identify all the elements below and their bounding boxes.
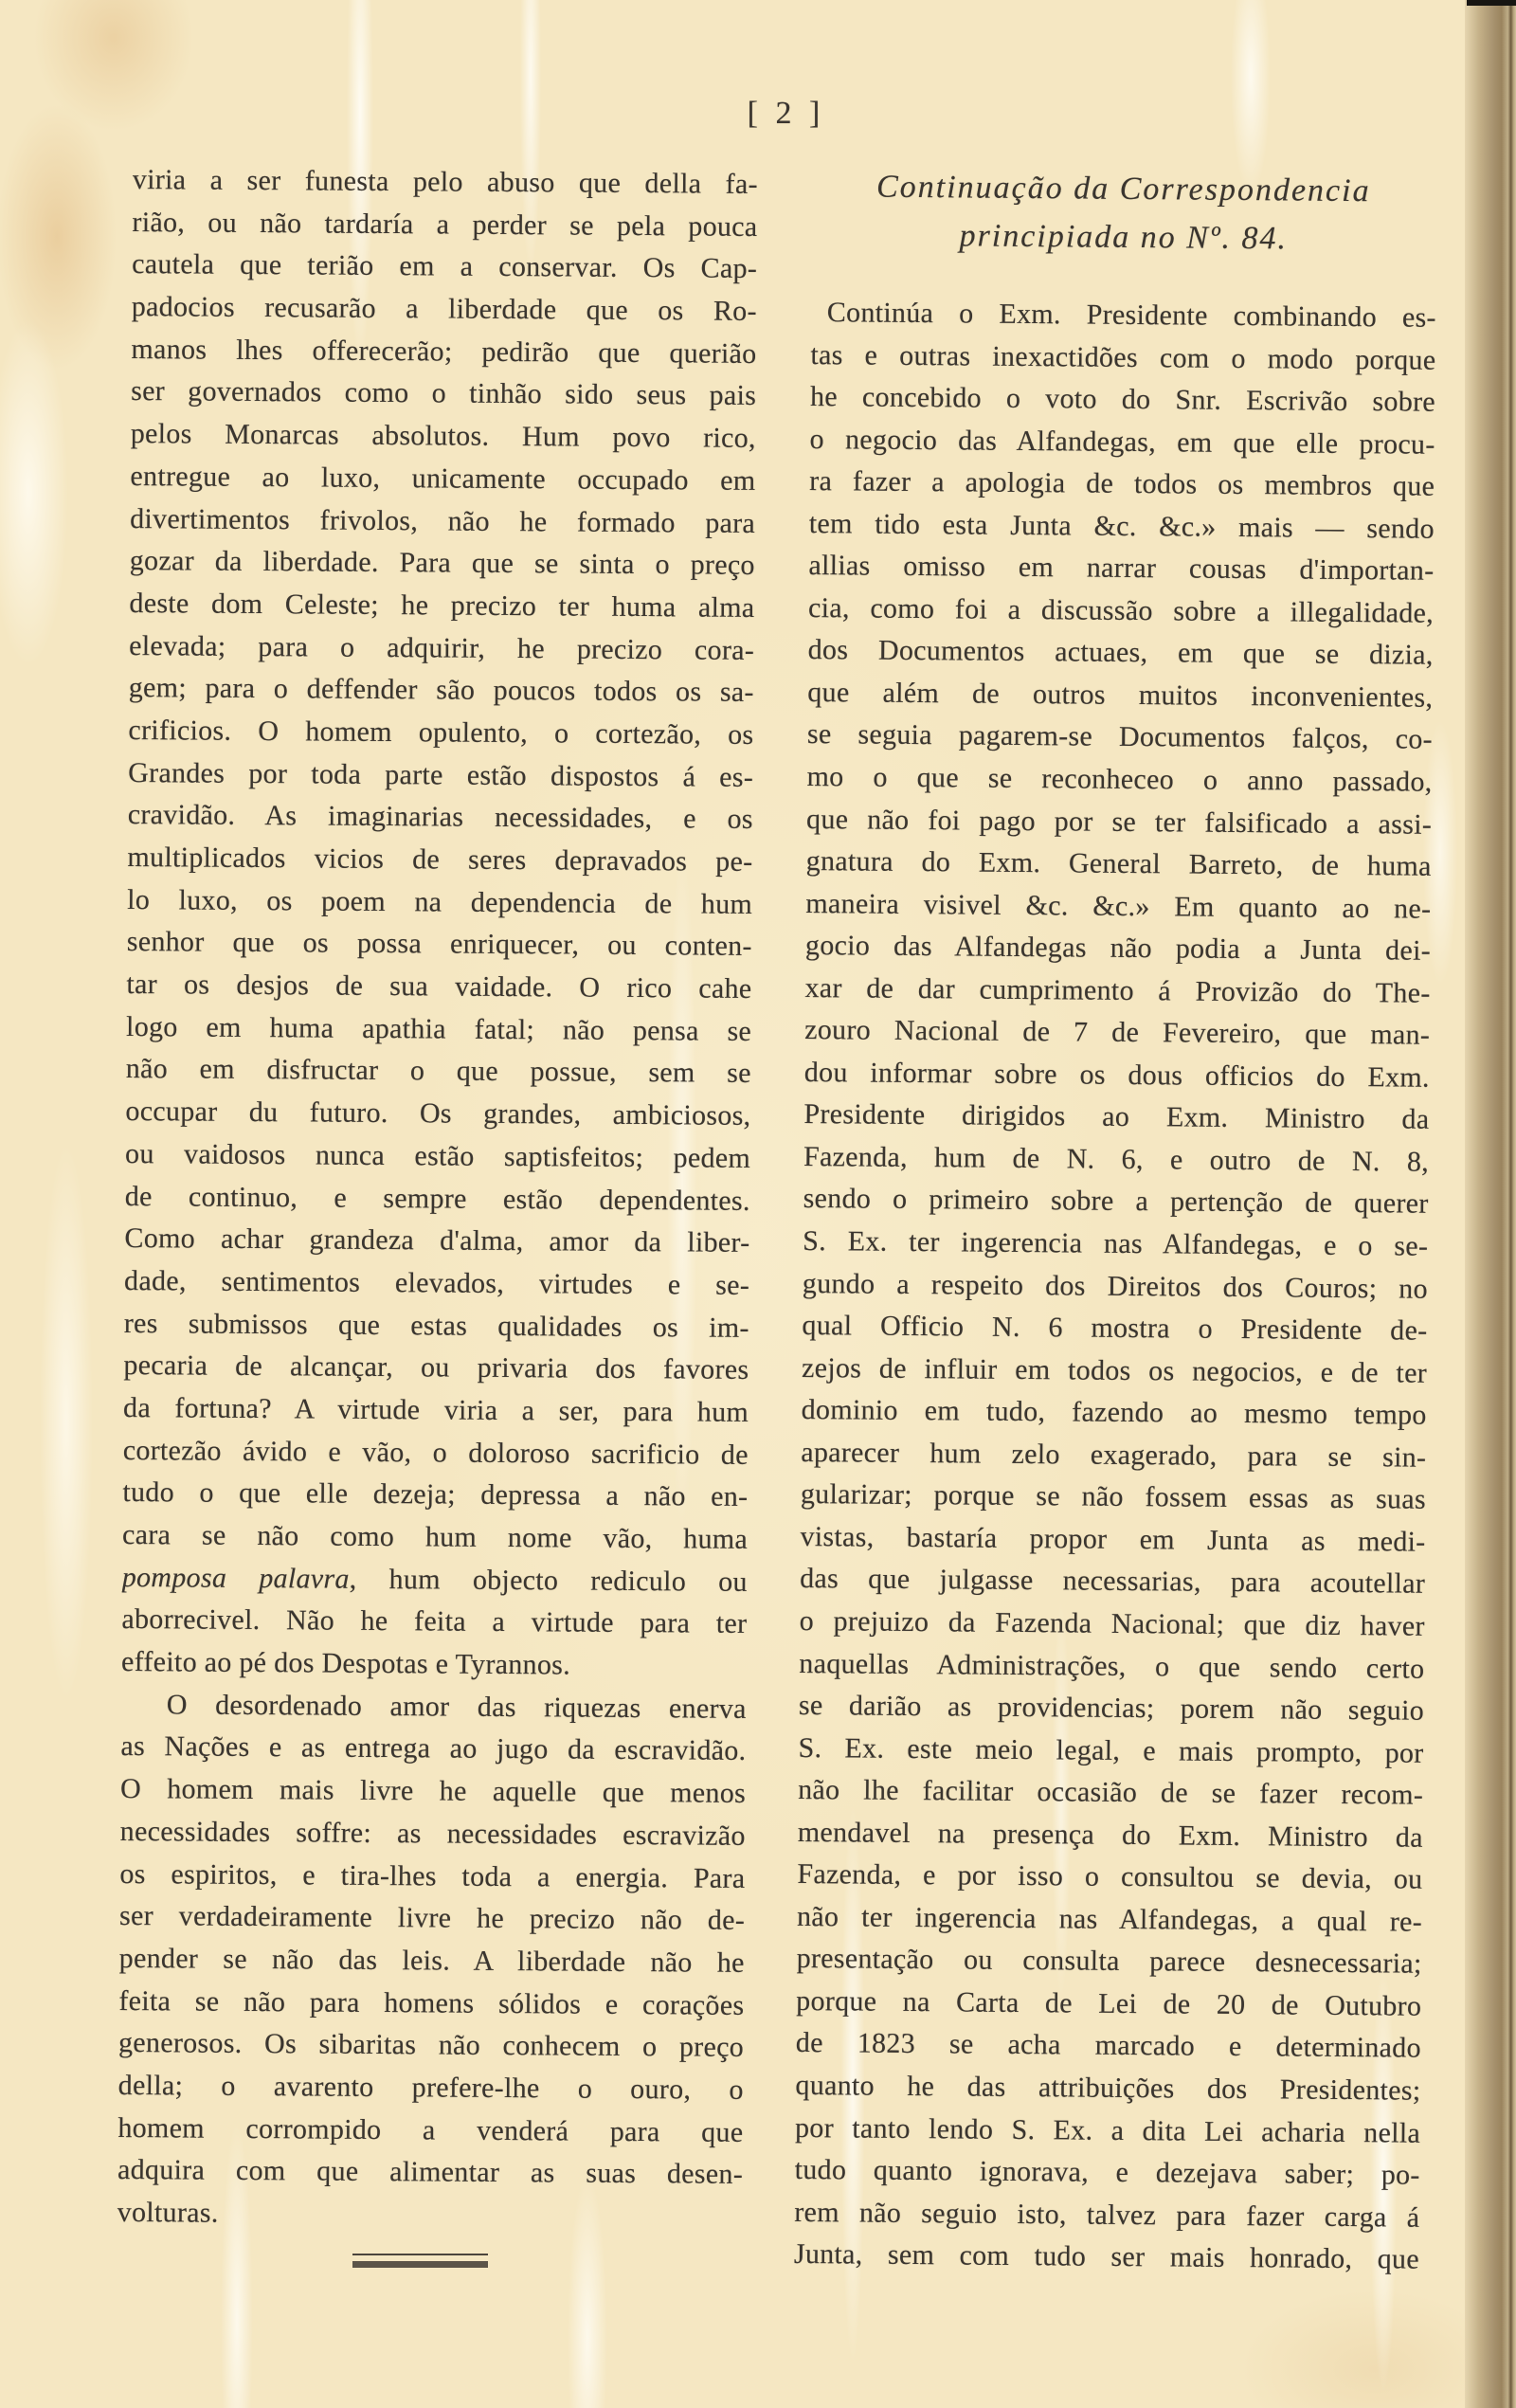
text-line: os espiritos, e tira-lhes toda a energia…: [119, 1853, 745, 1900]
text-line: dou informar sobre os dous officios do E…: [804, 1051, 1430, 1098]
text-line: ou vaidosos nunca estão saptisfeitos; pe…: [125, 1132, 750, 1180]
text-line: dominio em tudo, fazendo ao mesmo tempo: [802, 1389, 1427, 1437]
text-line: dos Documentos actuaes, em que se dizia,: [808, 629, 1434, 677]
text-line: generosos. Os sibaritas não conhecem o p…: [118, 2022, 744, 2070]
text-line: tem tido esta Junta &c. &c.» mais — send…: [809, 502, 1435, 550]
text-line: occupar du futuro. Os grandes, ambicioso…: [125, 1091, 750, 1138]
text-line: ser verdadeiramente livre he precizo não…: [119, 1895, 745, 1943]
text-line: porque na Carta de Lei de 20 de Outubro: [796, 1980, 1421, 2027]
text-line: Junta, sem com tudo ser mais honrado, qu…: [794, 2234, 1419, 2281]
text-line: ser governados como o tinhão sido seus p…: [131, 371, 756, 418]
text-line: gozar da liberdade. Para que se sinta o …: [130, 540, 755, 588]
text-line: tar os desjos de sua vaidade. O rico cah…: [126, 964, 751, 1011]
text-line: Fazenda, e por isso o consultou se devia…: [797, 1854, 1422, 1901]
text-line: vistas, bastaría propor em Junta as medi…: [800, 1515, 1425, 1563]
text-line: multiplicados vicios de seres depravados…: [127, 837, 752, 884]
text-line: viria a ser funesta pelo abuso que della…: [133, 159, 758, 207]
text-line: ra fazer a apologia de todos os membros …: [809, 461, 1435, 508]
text-line: homem corrompido a venderá para que: [117, 2107, 743, 2154]
text-line: não lhe facilitar occasião de se fazer r…: [798, 1769, 1423, 1817]
text-line: aparecer hum zelo exagerado, para se sin…: [801, 1431, 1426, 1478]
text-line: gnatura do Exm. General Barreto, de huma: [806, 841, 1432, 888]
paragraph-end-line: volturas.: [117, 2192, 743, 2239]
text-line: cortezão ávido e vão, o doloroso sacrifi…: [123, 1429, 749, 1476]
text-line: de continuo, e sempre estão dependentes.: [125, 1175, 750, 1222]
text-line: he concebido o voto do Snr. Escrivão sob…: [810, 376, 1435, 424]
rule-thin-line: [352, 2254, 488, 2255]
text-line: as Nações e as entrega ao jugo da escrav…: [120, 1726, 746, 1773]
text-line: Presidente dirigidos ao Exm. Ministro da: [803, 1094, 1429, 1141]
text-line: gundo a respeito dos Direitos dos Couros…: [803, 1262, 1428, 1310]
text-line: cravidão. As imaginarias necessidades, e…: [128, 794, 753, 842]
text-line: tudo quanto ignorava, e dezejava saber; …: [795, 2149, 1420, 2197]
paragraph-start-line: O desordenado amor das riquezas enerva: [121, 1683, 747, 1730]
text-line: gem; para o deffender são poucos todos o…: [129, 667, 754, 715]
text-line-rest: , hum objecto rediculo ou: [350, 1563, 748, 1597]
text-line: se darião as providencias; porem não seg…: [799, 1685, 1424, 1732]
text-line: mo o que se reconheceo o anno passado,: [806, 756, 1432, 804]
text-line: mendavel na presença do Exm. Ministro da: [798, 1811, 1423, 1858]
text-line: pecaria de alcançar, ou privaria dos fav…: [123, 1345, 749, 1392]
text-line: Como achar grandeza d'alma, amor da libe…: [124, 1218, 749, 1265]
paragraph-end-line: effeito ao pé dos Despotas e Tyrannos.: [121, 1641, 747, 1689]
text-line: padocios recusarão a liberdade que os Ro…: [132, 286, 757, 334]
text-line: tas e outras inexactidões com o modo por…: [810, 334, 1435, 381]
text-line: não ter ingerencia nas Alfandegas, a qua…: [797, 1895, 1422, 1943]
text-line: O homem mais livre he aquelle que menos: [120, 1768, 746, 1816]
text-line: cia, como foi a discussão sobre a illega…: [808, 587, 1434, 634]
text-line: aborrecivel. Não he feita a virtude para…: [121, 1599, 747, 1646]
text-line: divertimentos frivolos, não he formado p…: [130, 498, 755, 545]
text-line: qual Officio N. 6 mostra o Presidente de…: [802, 1305, 1427, 1352]
left-column: viria a ser funesta pelo abuso que della…: [117, 159, 758, 2239]
text-line: xar de dar cumprimento á Provizão do The…: [804, 967, 1430, 1014]
text-line: deste dom Celeste; he precizo ter huma a…: [129, 582, 754, 629]
right-column: Continúa o Exm. Presidente combinando es…: [794, 292, 1436, 2281]
text-line: crificios. O homem opulento, o cortezão,…: [128, 710, 753, 757]
text-line: rem não seguio isto, talvez para fazer c…: [794, 2191, 1419, 2238]
article-title: Continuação da Correspondencia: [811, 166, 1436, 213]
text-line: entregue ao luxo, unicamente occupado em: [130, 455, 755, 502]
rule-thick-line: [352, 2261, 488, 2268]
text-line: res submissos que estas qualidades os im…: [124, 1302, 749, 1349]
text-line: Fazenda, hum de N. 6, e outro de N. 8,: [803, 1135, 1429, 1183]
text-line: maneira visivel &c. &c.» Em quanto ao ne…: [805, 882, 1431, 930]
text-line: S. Ex. ter ingerencia nas Alfandegas, e …: [803, 1221, 1428, 1268]
text-line: presentação ou consulta parece desnecess…: [796, 1938, 1421, 1985]
text-line: zejos de influir em todos os negocios, e…: [802, 1347, 1427, 1394]
text-line: dade, sentimentos elevados, virtudes e s…: [124, 1259, 749, 1307]
page-edge-binding: [1465, 0, 1516, 2408]
text-line: della; o avarento prefere-lhe o ouro, o: [118, 2064, 744, 2111]
text-line: se seguia pagarem-se Documentos falços, …: [807, 714, 1433, 761]
text-line: pomposa palavra, hum objecto rediculo ou: [122, 1556, 748, 1603]
text-line: quanto he das attribuições dos President…: [795, 2064, 1420, 2111]
text-line: pelos Monarcas absolutos. Hum povo rico,: [131, 413, 756, 461]
italic-phrase: pomposa palavra: [122, 1561, 350, 1594]
text-line: lo luxo, os poem na dependencia de hum: [127, 878, 752, 926]
text-line: manos lhes offerecerão; pedirão que quer…: [131, 328, 756, 375]
text-line: adquira com que alimentar as suas desen-: [117, 2149, 743, 2197]
text-line: sendo o primeiro sobre a pertenção de qu…: [803, 1178, 1428, 1225]
text-line: de 1823 se acha marcado e determinado: [796, 2022, 1421, 2070]
text-line: S. Ex. este meio legal, e mais prompto, …: [798, 1727, 1423, 1774]
text-line: não em disfructar o que possue, sem se: [126, 1048, 751, 1095]
section-divider-rule: [352, 2254, 488, 2272]
text-line: que não foi pago por se ter falsificado …: [806, 798, 1432, 845]
text-line: senhor que os possa enriquecer, ou conte…: [127, 921, 752, 969]
text-line: gularizar; porque se não fossem essas as…: [801, 1474, 1426, 1521]
text-line: pender se não das leis. A liberdade não …: [119, 1937, 745, 1984]
text-line: feita se não para homens sólidos e coraç…: [118, 1980, 744, 2027]
text-line: cara se não como hum nome vão, huma: [122, 1514, 748, 1562]
text-line: rião, ou não tardaría a perder se pela p…: [132, 201, 757, 248]
page-number: [ 2 ]: [689, 93, 878, 135]
text-line: tudo o que elle dezeja; depressa a não e…: [122, 1472, 748, 1519]
newspaper-page: [ 2 ] viria a ser funesta pelo abuso que…: [0, 0, 1516, 2408]
text-line: o prejuizo da Fazenda Nacional; que diz …: [800, 1600, 1425, 1647]
text-line: cautela que terião em a conservar. Os Ca…: [132, 244, 757, 291]
text-line: elevada; para o adquirir, he precizo cor…: [129, 625, 754, 672]
text-line: gocio das Alfandegas não podia a Junta d…: [805, 925, 1431, 972]
text-line: o negocio das Alfandegas, em que elle pr…: [809, 418, 1435, 465]
text-line: naquellas Administrações, o que sendo ce…: [799, 1642, 1424, 1690]
scan-corner-shadow: [1467, 0, 1516, 6]
article-subtitle: principiada no Nº. 84.: [811, 214, 1436, 262]
text-line: por tanto lendo S. Ex. a dita Lei achari…: [795, 2107, 1420, 2154]
text-line: allias omisso em narrar cousas d'importa…: [808, 545, 1434, 592]
text-line: Grandes por toda parte estão dispostos á…: [128, 751, 753, 799]
text-line: logo em huma apathia fatal; não pensa se: [126, 1005, 751, 1053]
paragraph-start-line: Continúa o Exm. Presidente combinando es…: [811, 292, 1436, 339]
text-line: da fortuna? A virtude viria a ser, para …: [123, 1386, 749, 1434]
text-line: que além de outros muitos inconvenientes…: [807, 672, 1433, 719]
text-line: zouro Nacional de 7 de Fevereiro, que ma…: [804, 1009, 1430, 1057]
text-line: necessidades soffre: as necessidades esc…: [120, 1810, 746, 1857]
text-line: das que julgasse necessarias, para acout…: [800, 1558, 1425, 1605]
